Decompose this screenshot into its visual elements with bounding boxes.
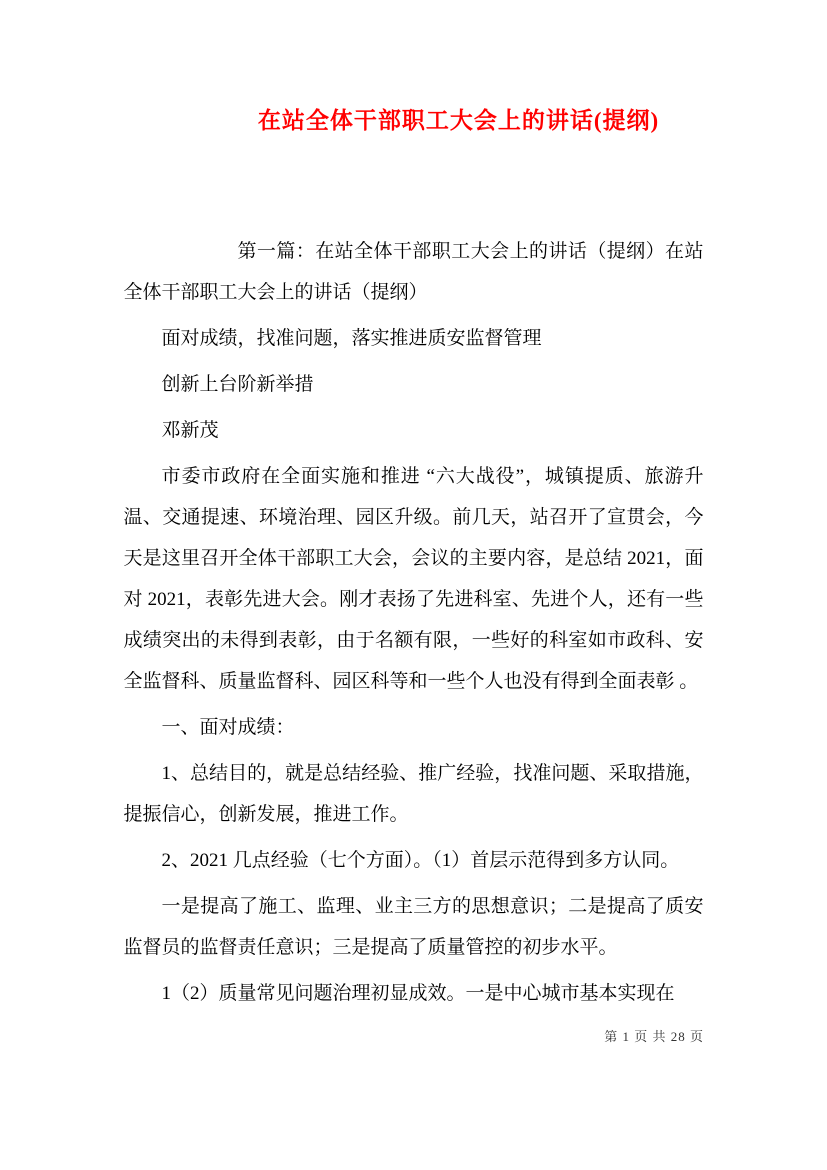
paragraph: 创新上台阶新举措	[124, 364, 704, 405]
document-title: 在站全体干部职工大会上的讲话(提纲)	[0, 0, 827, 138]
paragraph: 第一篇：在站全体干部职工大会上的讲话（提纲）在站全体干部职工大会上的讲话（提纲）	[124, 231, 704, 313]
paragraph: 市委市政府在全面实施和推进 “六大战役”，城镇提质、旅游升温、交通提速、环境治理…	[124, 456, 704, 702]
document-body: 第一篇：在站全体干部职工大会上的讲话（提纲）在站全体干部职工大会上的讲话（提纲）…	[124, 231, 704, 1014]
paragraph: 邓新茂	[124, 410, 704, 451]
paragraph: 1（2）质量常见问题治理初显成效。一是中心城市基本实现在	[124, 973, 704, 1014]
page-footer-page-number: 第 1 页 共 28 页	[604, 1028, 704, 1046]
paragraph: 一是提高了施工、监理、业主三方的思想意识；二是提高了质安监督员的监督责任意识；三…	[124, 886, 704, 968]
paragraph: 1、总结目的，就是总结经验、推广经验，找准问题、采取措施，提振信心，创新发展，推…	[124, 753, 704, 835]
paragraph: 一、面对成绩：	[124, 707, 704, 748]
document-page: 在站全体干部职工大会上的讲话(提纲) 第一篇：在站全体干部职工大会上的讲话（提纲…	[0, 0, 827, 1170]
paragraph: 面对成绩，找准问题，落实推进质安监督管理	[124, 318, 704, 359]
paragraph: 2、2021 几点经验（七个方面）。（1）首层示范得到多方认同。	[124, 840, 704, 881]
